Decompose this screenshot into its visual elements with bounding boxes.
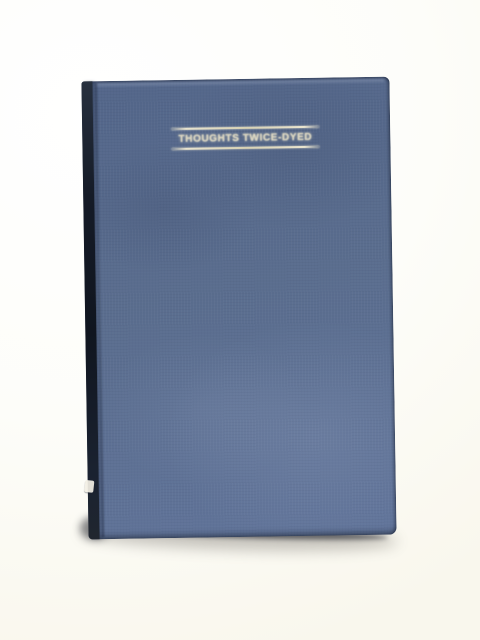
gilt-rule-top [171,126,319,130]
photo-background: THOUGHTS TWICE-DYED [0,0,480,640]
spine-chip-mark [84,480,94,493]
book-title-stamp: THOUGHTS TWICE-DYED [171,132,319,145]
gilt-title-block: THOUGHTS TWICE-DYED [171,126,319,150]
book-spine-edge [81,81,99,539]
book-front-cover: THOUGHTS TWICE-DYED [81,77,396,540]
gilt-rule-bottom [171,146,319,150]
